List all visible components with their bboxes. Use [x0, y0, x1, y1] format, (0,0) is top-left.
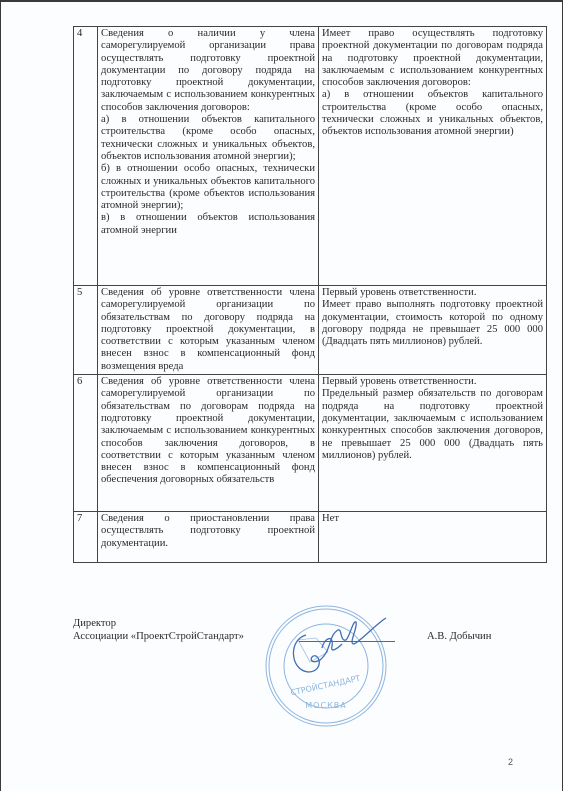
paragraph: Сведения об уровне ответственности члена… [101, 376, 315, 487]
row-number: 6 [74, 375, 98, 512]
page-number: 2 [508, 757, 513, 767]
paragraph: Первый уровень ответственности. [322, 287, 543, 299]
paragraph: б) в отношении особо опасных, технически… [101, 163, 315, 212]
paragraph: Сведения о приостановлении права осущест… [101, 513, 315, 550]
row-number: 4 [74, 27, 98, 286]
row-value: Нет [319, 512, 547, 563]
signatory-title: Директор Ассоциации «ПроектСтройСтандарт… [73, 618, 244, 643]
row-value: Первый уровень ответственности. Предельн… [319, 375, 547, 512]
row-description: Сведения о наличии у члена саморегулируе… [98, 27, 319, 286]
stamp-icon: МОСКВА СТРОЙСТАНДАРТ [258, 600, 398, 735]
row-description: Сведения об уровне ответственности члена… [98, 286, 319, 375]
stamp-city: МОСКВА [305, 701, 346, 710]
row-value: Первый уровень ответственности. Имеет пр… [319, 286, 547, 375]
stamp-center: СТРОЙСТАНДАРТ [289, 672, 361, 698]
row-number: 5 [74, 286, 98, 375]
paragraph: а) в отношении объектов капитального стр… [101, 114, 315, 163]
registry-table: 4 Сведения о наличии у члена саморегулир… [73, 26, 547, 563]
paragraph: Нет [322, 513, 543, 525]
table-row: 4 Сведения о наличии у члена саморегулир… [74, 27, 547, 286]
table-row: 7 Сведения о приостановлении права осуще… [74, 512, 547, 563]
paragraph: а) в отношении объектов капитального стр… [322, 89, 543, 138]
signatory-name: А.В. Добычин [427, 631, 491, 642]
row-description: Сведения о приостановлении права осущест… [98, 512, 319, 563]
paragraph: Первый уровень ответственности. [322, 376, 543, 388]
paragraph: Имеет право выполнять подготовку проектн… [322, 299, 543, 348]
row-value: Имеет право осуществлять подготовку прое… [319, 27, 547, 286]
row-number: 7 [74, 512, 98, 563]
paragraph: Сведения о наличии у члена саморегулируе… [101, 28, 315, 114]
paragraph: Сведения об уровне ответственности члена… [101, 287, 315, 373]
paragraph: Предельный размер обязательств по догово… [322, 388, 543, 462]
row-description: Сведения об уровне ответственности члена… [98, 375, 319, 512]
signature-line [299, 641, 395, 642]
table-row: 6 Сведения об уровне ответственности чле… [74, 375, 547, 512]
table-row: 5 Сведения об уровне ответственности чле… [74, 286, 547, 375]
signatory-organization: Ассоциации «ПроектСтройСтандарт» [73, 631, 244, 644]
signatory-position: Директор [73, 618, 244, 631]
paragraph: в) в отношении объектов использования ат… [101, 212, 315, 237]
paragraph: Имеет право осуществлять подготовку прое… [322, 28, 543, 89]
